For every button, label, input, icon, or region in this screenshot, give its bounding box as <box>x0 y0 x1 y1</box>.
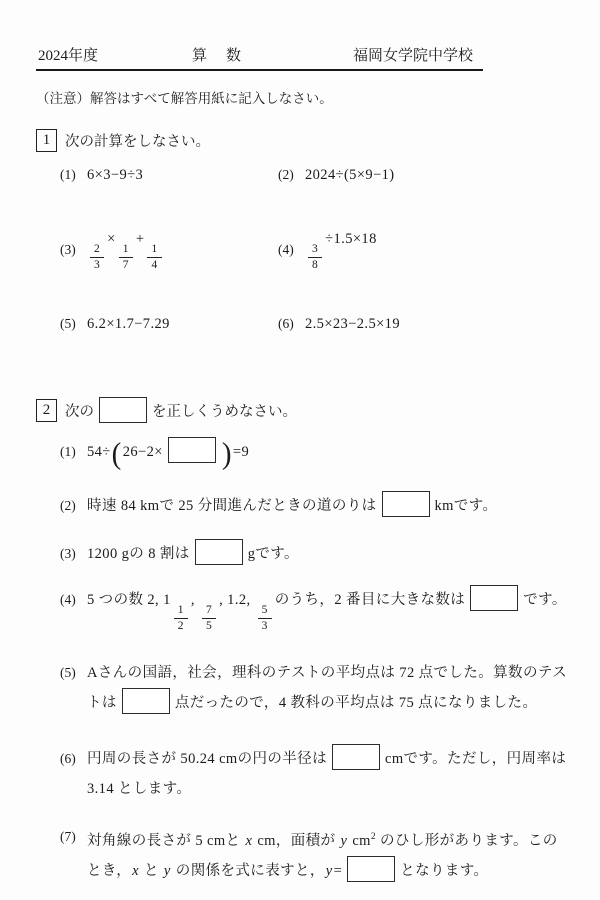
problem-expression: 54÷(26−2×)=9 <box>87 437 249 469</box>
text-run: となります。 <box>400 863 488 879</box>
problem-label: (5) <box>60 313 87 335</box>
fraction: 14 <box>147 243 161 271</box>
text-run: × <box>107 231 116 247</box>
text-run: =9 <box>233 444 249 460</box>
section-1-title: 次の計算をしなさい。 <box>65 130 210 151</box>
problem-expression: 円周の長さが 50.24 cmの円の半径はcmです。ただし，円周率は 3.14 … <box>87 744 572 804</box>
text-run: cm，面積が <box>253 833 339 849</box>
text-run: 円周の長さが 50.24 cmの円の半径は <box>87 751 327 767</box>
problem-expression: 1200 gの 8 割はgです。 <box>87 539 299 569</box>
section-2-number-box: 2 <box>36 399 57 422</box>
text-run: 5 つの数 2, 1 <box>87 592 171 608</box>
text-run: 6×3−9÷3 <box>87 167 143 183</box>
problem-expression: Aさんの国語，社会，理科のテストの平均点は 72 点でした。算数のテストは点だっ… <box>87 658 572 718</box>
text-run: と <box>140 863 163 879</box>
section-2-heading: 2 次のを正しくうめなさい。 <box>36 397 572 423</box>
answer-box <box>332 744 380 770</box>
text-run: 1200 gの 8 割は <box>87 546 190 562</box>
problem-label: (2) <box>60 491 87 521</box>
header-school: 福岡女学院中学校 <box>353 44 473 65</box>
section-1-number-box: 1 <box>36 129 57 152</box>
problem-expression: 時速 84 kmで 25 分間進んだときの道のりはkmです。 <box>87 491 497 521</box>
problem-label: (6) <box>60 744 87 774</box>
text-run: x <box>244 833 253 849</box>
problem-label: (3) <box>60 539 87 569</box>
problem-item: (6) 円周の長さが 50.24 cmの円の半径はcmです。ただし，円周率は 3… <box>60 744 572 804</box>
problem-label: (1) <box>60 437 87 467</box>
page-header: 2024年度 算 数 福岡女学院中学校 <box>36 44 483 71</box>
problem-expression: 6×3−9÷3 <box>87 164 143 186</box>
problem-expression: 2024÷(5×9−1) <box>305 164 395 186</box>
answer-box <box>195 539 243 565</box>
problem-item: (1) 54÷(26−2×)=9 <box>60 437 572 469</box>
text-run: cm <box>348 833 371 849</box>
text-run: を正しくうめなさい。 <box>152 404 297 420</box>
text-run: kmです。 <box>435 498 498 514</box>
text-run: y <box>325 863 334 879</box>
text-run: の関係を式に表すと， <box>172 863 325 879</box>
text-run: , <box>191 592 199 608</box>
text-run: 次の計算をしなさい。 <box>65 134 210 150</box>
fraction: 17 <box>119 243 133 271</box>
fraction: 12 <box>174 604 188 632</box>
big-paren: ( <box>112 439 122 469</box>
problem-item: (2) 2024÷(5×9−1) <box>278 164 572 186</box>
problem-item: (1) 6×3−9÷3 <box>60 164 278 186</box>
problem-item: (4) 5 つの数 2, 112, 75, 1.2, 53のうち，2 番目に大き… <box>60 585 572 632</box>
problem-item: (5) 6.2×1.7−7.29 <box>60 313 278 335</box>
text-run: y <box>163 863 172 879</box>
problem-label: (1) <box>60 164 87 186</box>
fraction: 75 <box>202 604 216 632</box>
text-run: 対角線の長さが 5 cmと <box>87 833 244 849</box>
problem-label: (3) <box>60 239 87 261</box>
problem-item: (6) 2.5×23−2.5×19 <box>278 313 572 335</box>
section-1-problems: (1) 6×3−9÷3 (2) 2024÷(5×9−1) (3) 23×17+1… <box>60 164 572 335</box>
answer-box <box>347 856 395 882</box>
text-run: 点だったので，4 教科の平均点は 75 点になりました。 <box>175 695 538 711</box>
problem-label: (2) <box>278 164 305 186</box>
text-run: x <box>131 863 140 879</box>
notice-text: （注意）解答はすべて解答用紙に記入しなさい。 <box>36 87 572 107</box>
problem-item: (4) 38÷1.5×18 <box>278 228 572 271</box>
problem-label: (4) <box>278 239 305 261</box>
problem-expression: 23×17+14 <box>87 228 165 271</box>
problem-label: (5) <box>60 658 87 688</box>
text-run: gです。 <box>248 546 299 562</box>
text-run: のうち，2 番目に大きな数は <box>275 592 465 608</box>
text-run: 2024÷(5×9−1) <box>305 167 395 183</box>
problem-expression: 6.2×1.7−7.29 <box>87 313 170 335</box>
problem-expression: 38÷1.5×18 <box>305 228 377 271</box>
answer-box <box>382 491 430 517</box>
text-run: 6.2×1.7−7.29 <box>87 316 170 332</box>
text-run: , 1.2, <box>219 592 254 608</box>
fraction: 38 <box>308 243 322 271</box>
fraction: 23 <box>90 243 104 271</box>
text-run: = <box>334 863 343 879</box>
problem-expression: 対角線の長さが 5 cmと x cm，面積が y cm2 のひし形があります。こ… <box>87 822 572 886</box>
text-run: です。 <box>523 592 567 608</box>
header-year: 2024年度 <box>38 44 98 65</box>
problem-label: (7) <box>60 822 87 852</box>
answer-box <box>99 397 147 423</box>
section-1-heading: 1 次の計算をしなさい。 <box>36 129 572 152</box>
problem-item: (2) 時速 84 kmで 25 分間進んだときの道のりはkmです。 <box>60 491 572 521</box>
problem-item: (5) Aさんの国語，社会，理科のテストの平均点は 72 点でした。算数のテスト… <box>60 658 572 718</box>
problem-expression: 2.5×23−2.5×19 <box>305 313 400 335</box>
section-2-problems: (1) 54÷(26−2×)=9 (2) 時速 84 kmで 25 分間進んだと… <box>60 437 572 886</box>
text-run: 2.5×23−2.5×19 <box>305 316 400 332</box>
text-run: 26−2× <box>123 444 163 460</box>
text-run: ÷1.5×18 <box>325 231 377 247</box>
section-2: 2 次のを正しくうめなさい。 (1) 54÷(26−2×)=9 (2) 時速 8… <box>36 397 572 886</box>
section-2-title: 次のを正しくうめなさい。 <box>65 397 297 423</box>
text-run: 次の <box>65 404 94 420</box>
answer-box <box>470 585 518 611</box>
problem-label: (6) <box>278 313 305 335</box>
exam-page: 2024年度 算 数 福岡女学院中学校 （注意）解答はすべて解答用紙に記入しなさ… <box>0 0 600 900</box>
text-run: 時速 84 kmで 25 分間進んだときの道のりは <box>87 498 377 514</box>
text-run: + <box>136 231 145 247</box>
problem-item: (7) 対角線の長さが 5 cmと x cm，面積が y cm2 のひし形があり… <box>60 822 572 886</box>
fraction: 53 <box>258 604 272 632</box>
text-run: y <box>339 833 348 849</box>
problem-label: (4) <box>60 585 87 615</box>
answer-box <box>122 688 170 714</box>
answer-box <box>168 437 216 463</box>
problem-expression: 5 つの数 2, 112, 75, 1.2, 53のうち，2 番目に大きな数はで… <box>87 585 567 632</box>
problem-item: (3) 1200 gの 8 割はgです。 <box>60 539 572 569</box>
header-subject: 算 数 <box>192 44 243 65</box>
big-paren: ) <box>222 439 232 469</box>
section-1: 1 次の計算をしなさい。 (1) 6×3−9÷3 (2) 2024÷(5×9−1… <box>36 129 572 335</box>
text-run: 54÷ <box>87 444 111 460</box>
problem-item: (3) 23×17+14 <box>60 228 278 271</box>
